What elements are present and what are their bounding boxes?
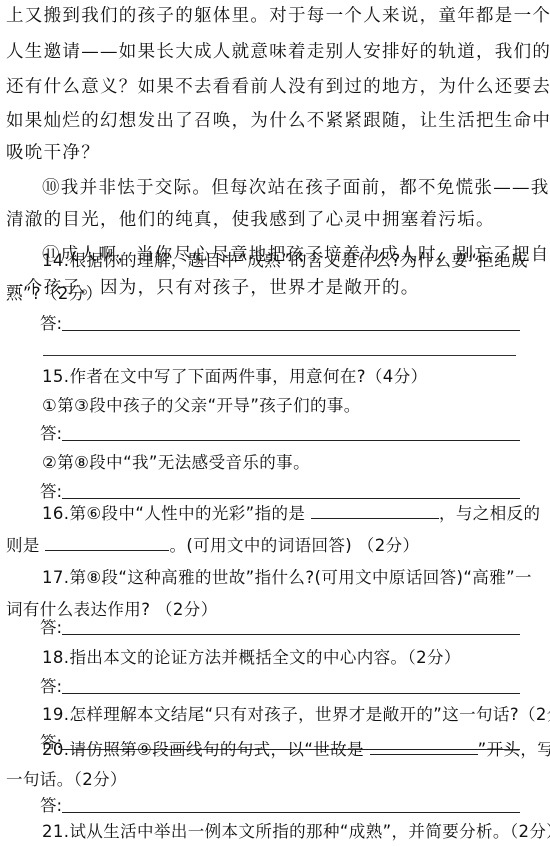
question-14-text-cont: 熟”?（2分）: [6, 282, 544, 306]
question-20-text: 20.请仿照第⑨段画线句的句式，以“世故是 ”开头，写: [42, 736, 544, 762]
passage-line: 人生邀请——如果长大成人就意味着走别人安排好的轨道，我们的生活: [6, 40, 544, 64]
answer-field-14[interactable]: 答:: [40, 312, 520, 336]
question-16-text: 16.第⑥段中“人性中的光彩”指的是 ，与之相反的: [42, 500, 544, 526]
answer-line[interactable]: [62, 498, 520, 499]
answer-line[interactable]: [62, 634, 520, 635]
question-16-part-3: 则是: [6, 536, 40, 555]
question-20-text-cont: 一句话。（2分）: [6, 768, 544, 792]
passage-line: 如果灿烂的幻想发出了召唤，为什么不紧紧跟随，让生活把生命中的精华: [6, 109, 544, 133]
question-16-part-4: 。(可用文中的词语回答) （2分）: [169, 536, 419, 555]
answer-label: 答:: [40, 616, 62, 640]
answer-field-18[interactable]: 答:: [40, 675, 520, 699]
question-17-text: 17.第⑧段“这种高雅的世故”指什么?(可用文中原话回答)“高雅”一: [42, 566, 544, 590]
answer-field-17[interactable]: 答:: [40, 616, 520, 640]
answer-line[interactable]: [62, 693, 520, 694]
question-21-text: 21.试从生活中举出一例本文所指的那种“成熟”，并简要分析。（2分）: [42, 820, 544, 844]
answer-label: 答:: [40, 312, 62, 336]
question-15-sub-2: ②第⑧段中“我”无法感受音乐的事。: [42, 451, 544, 475]
question-14-text: 14.根据你的理解，题目中“成熟”的含义是什么?为什么要“拒绝成: [42, 249, 544, 273]
passage-line: 吸吮干净？: [6, 141, 544, 165]
question-16-text-cont: 则是 。(可用文中的词语回答) （2分）: [6, 532, 544, 558]
question-16-part-1: 16.第⑥段中“人性中的光彩”指的是: [42, 504, 305, 523]
question-19-text: 19.怎样理解本文结尾“只有对孩子，世界才是敞开的”这一句话?（2分）: [42, 703, 544, 727]
question-20-part-1: 20.请仿照第⑨段画线句的句式，以“世故是: [42, 740, 364, 759]
answer-line[interactable]: [62, 440, 520, 441]
paragraph-10: ⑩我并非怯于交际。但每次站在孩子面前，都不免慌张——我惧怕他们: [42, 176, 544, 200]
answer-line[interactable]: [62, 812, 520, 813]
fill-blank-20[interactable]: [370, 736, 478, 755]
answer-field-15-1[interactable]: 答:: [40, 422, 520, 446]
question-20-part-2: ”开头，写: [478, 740, 550, 759]
answer-label: 答:: [40, 675, 62, 699]
question-16-part-2: ，与之相反的: [439, 504, 540, 523]
passage-line: 上又搬到我们的孩子的躯体里。对于每一个人来说，童年都是一个真实的: [6, 4, 544, 28]
passage-line: 还有什么意义？如果不去看看前人没有到过的地方，为什么还要去旅行？: [6, 75, 544, 99]
fill-blank-16-b[interactable]: [45, 532, 169, 551]
question-15-sub-1: ①第③段中孩子的父亲“开导”孩子们的事。: [42, 394, 544, 418]
answer-line-extra[interactable]: [43, 355, 516, 356]
passage-line: 清澈的目光，他们的纯真，使我感到了心灵中拥塞着污垢。: [6, 208, 544, 232]
answer-label: 答:: [40, 422, 62, 446]
answer-field-20[interactable]: 答:: [40, 794, 520, 818]
answer-line[interactable]: [62, 330, 520, 331]
fill-blank-16-a[interactable]: [311, 500, 439, 519]
question-15-text: 15.作者在文中写了下面两件事，用意何在?（4分）: [42, 365, 544, 389]
question-18-text: 18.指出本文的论证方法并概括全文的中心内容。（2分）: [42, 646, 544, 670]
answer-label: 答:: [40, 794, 62, 818]
